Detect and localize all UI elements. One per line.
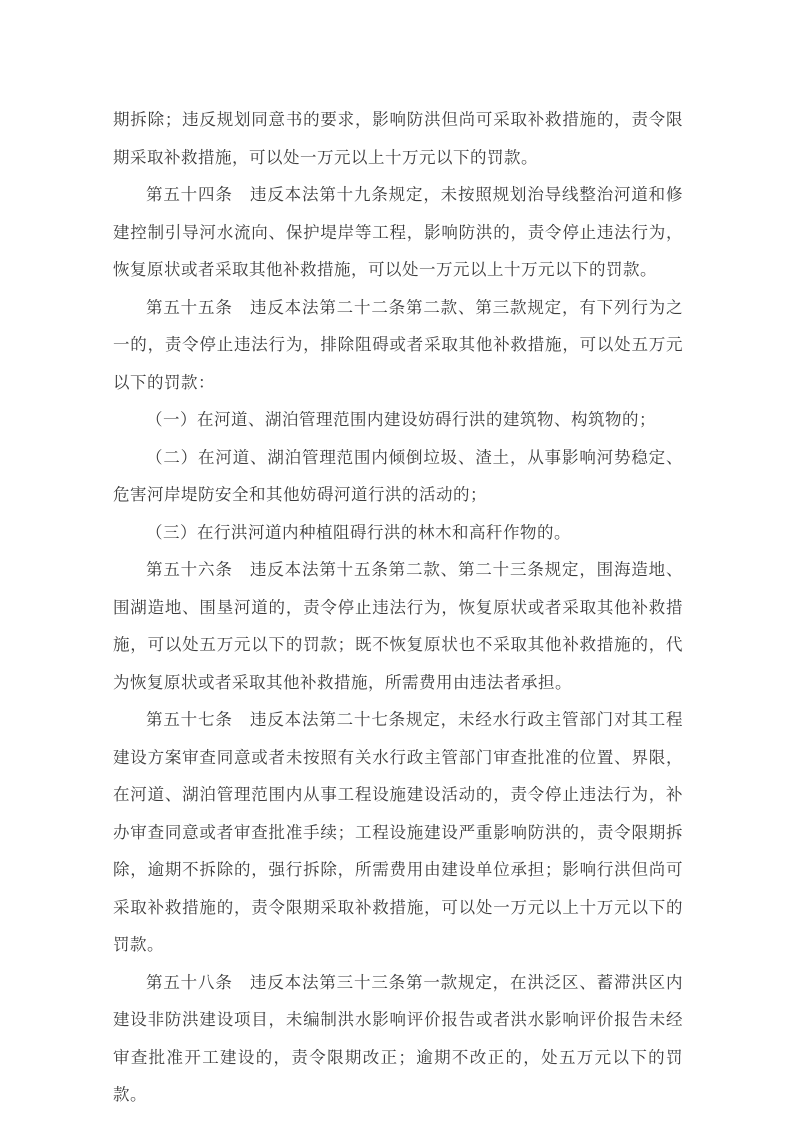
document-body: 期拆除；违反规划同意书的要求，影响防洪但尚可采取补救措施的，责令限期采取补救措施… (113, 101, 683, 1114)
paragraph: （三）在行洪河道内种植阻碍行洪的林木和高秆作物的。 (113, 514, 683, 552)
paragraph: 第五十六条 违反本法第十五条第二款、第二十三条规定，围海造地、围湖造地、围垦河道… (113, 551, 683, 701)
paragraph: 第五十八条 违反本法第三十三条第一款规定，在洪泛区、蓄滞洪区内建设非防洪建设项目… (113, 964, 683, 1114)
paragraph: 第五十四条 违反本法第十九条规定，未按照规划治导线整治河道和修建控制引导河水流向… (113, 176, 683, 289)
paragraph: 第五十五条 违反本法第二十二条第二款、第三款规定，有下列行为之一的，责令停止违法… (113, 289, 683, 402)
paragraph: 第五十七条 违反本法第二十七条规定，未经水行政主管部门对其工程建设方案审查同意或… (113, 701, 683, 964)
paragraph: （一）在河道、湖泊管理范围内建设妨碍行洪的建筑物、构筑物的； (113, 401, 683, 439)
document-page: 期拆除；违反规划同意书的要求，影响防洪但尚可采取补救措施的，责令限期采取补救措施… (0, 0, 793, 1122)
paragraph: （二）在河道、湖泊管理范围内倾倒垃圾、渣土，从事影响河势稳定、危害河岸堤防安全和… (113, 439, 683, 514)
paragraph: 期拆除；违反规划同意书的要求，影响防洪但尚可采取补救措施的，责令限期采取补救措施… (113, 101, 683, 176)
